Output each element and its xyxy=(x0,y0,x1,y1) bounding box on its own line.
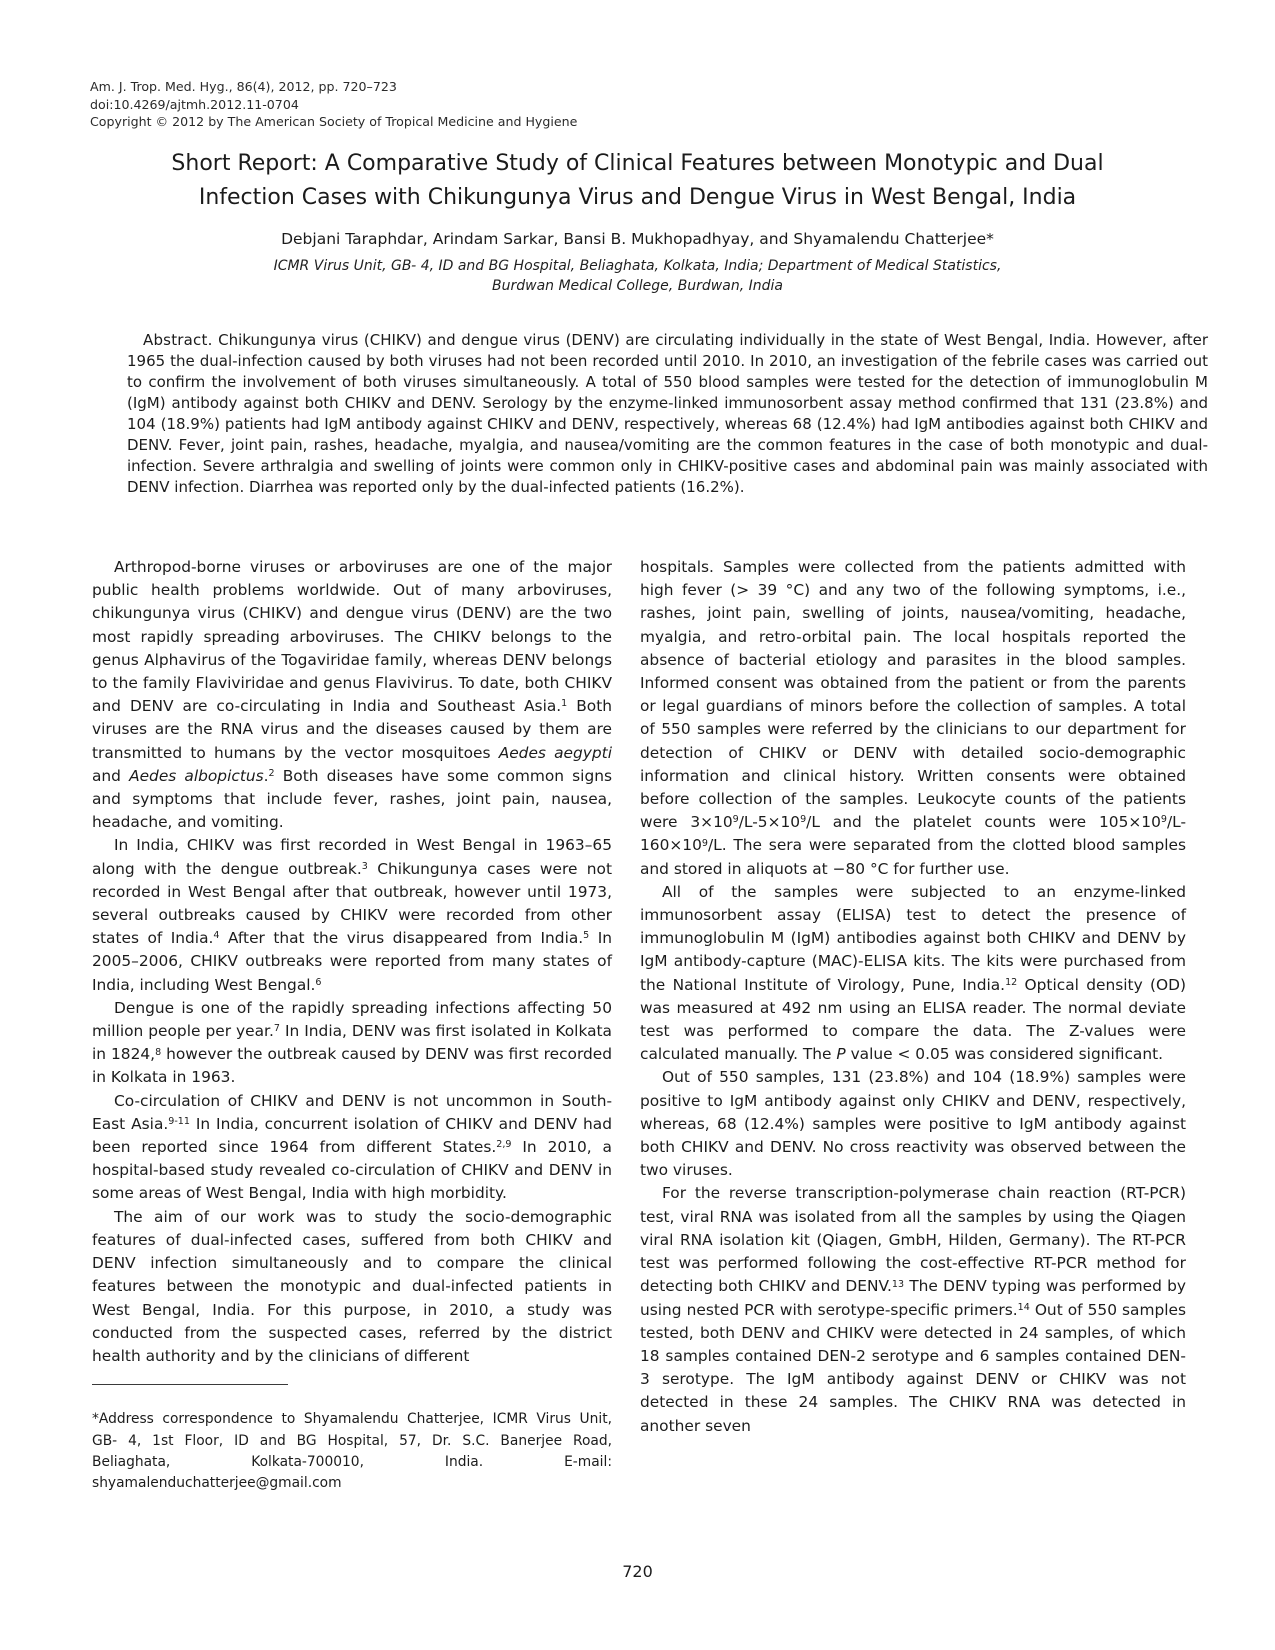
doi-line: doi:10.4269/ajtmh.2012.11-0704 xyxy=(90,96,577,114)
footnote-rule xyxy=(92,1384,288,1385)
text-run: Arthropod-borne viruses or arboviruses a… xyxy=(92,558,612,715)
reference-superscript: 5 xyxy=(583,930,589,941)
journal-page: Am. J. Trop. Med. Hyg., 86(4), 2012, pp.… xyxy=(0,0,1275,1650)
body-paragraph: Co-circulation of CHIKV and DENV is not … xyxy=(92,1090,612,1206)
body-paragraph: Dengue is one of the rapidly spreading i… xyxy=(92,997,612,1090)
reference-superscript: 9 xyxy=(1161,814,1167,825)
text-run: Out of 550 samples tested, both DENV and… xyxy=(640,1301,1186,1435)
reference-superscript: 3 xyxy=(362,861,368,872)
right-column-text: hospitals. Samples were collected from t… xyxy=(640,556,1186,1438)
body-columns: Arthropod-borne viruses or arboviruses a… xyxy=(92,556,1186,1495)
reference-superscript: 9 xyxy=(733,814,739,825)
journal-citation-line: Am. J. Trop. Med. Hyg., 86(4), 2012, pp.… xyxy=(90,78,577,96)
left-column: Arthropod-borne viruses or arboviruses a… xyxy=(92,556,612,1495)
text-run: hospitals. Samples were collected from t… xyxy=(640,558,1186,831)
abstract-text: Chikungunya virus (CHIKV) and dengue vir… xyxy=(127,331,1208,496)
italic-term: P xyxy=(836,1045,845,1063)
body-paragraph: The aim of our work was to study the soc… xyxy=(92,1206,612,1368)
text-run: /L. The sera were separated from the clo… xyxy=(640,836,1186,877)
body-paragraph: Out of 550 samples, 131 (23.8%) and 104 … xyxy=(640,1066,1186,1182)
correspondence-footnote: *Address correspondence to Shyamalendu C… xyxy=(92,1409,612,1495)
text-run: Out of 550 samples, 131 (23.8%) and 104 … xyxy=(640,1068,1186,1179)
text-run: After that the virus disappeared from In… xyxy=(219,929,583,947)
left-column-text: Arthropod-borne viruses or arboviruses a… xyxy=(92,556,612,1368)
text-run: /L and the platelet counts were 105×10 xyxy=(806,813,1161,831)
abstract-label: Abstract. xyxy=(143,331,213,349)
reference-superscript: 2,9 xyxy=(496,1139,511,1150)
reference-superscript: 2 xyxy=(269,768,275,779)
reference-superscript: 6 xyxy=(315,977,321,988)
affiliation-line-2: Burdwan Medical College, Burdwan, India xyxy=(0,277,1275,297)
page-number: 720 xyxy=(0,1562,1275,1581)
affiliation-line-1: ICMR Virus Unit, GB- 4, ID and BG Hospit… xyxy=(0,257,1275,277)
italic-term: Aedes albopictus xyxy=(129,767,264,785)
footnote-block: *Address correspondence to Shyamalendu C… xyxy=(92,1384,612,1495)
abstract: Abstract. Chikungunya virus (CHIKV) and … xyxy=(127,330,1208,498)
authors-line: Debjani Taraphdar, Arindam Sarkar, Bansi… xyxy=(0,230,1275,248)
text-run: . xyxy=(264,767,269,785)
body-paragraph: hospitals. Samples were collected from t… xyxy=(640,556,1186,881)
reference-superscript: 13 xyxy=(892,1279,904,1290)
article-title: Short Report: A Comparative Study of Cli… xyxy=(138,147,1138,215)
affiliation-block: ICMR Virus Unit, GB- 4, ID and BG Hospit… xyxy=(0,257,1275,296)
reference-superscript: 7 xyxy=(274,1023,280,1034)
reference-superscript: 8 xyxy=(155,1047,161,1058)
text-run: /L-5×10 xyxy=(739,813,800,831)
body-paragraph: For the reverse transcription-polymerase… xyxy=(640,1182,1186,1437)
reference-superscript: 4 xyxy=(213,930,219,941)
italic-term: Aedes aegypti xyxy=(499,744,612,762)
text-run: and xyxy=(92,767,129,785)
journal-header: Am. J. Trop. Med. Hyg., 86(4), 2012, pp.… xyxy=(90,78,577,131)
title-block: Short Report: A Comparative Study of Cli… xyxy=(88,147,1187,215)
reference-superscript: 9 xyxy=(702,838,708,849)
reference-superscript: 12 xyxy=(1005,977,1017,988)
reference-superscript: 9-11 xyxy=(168,1116,190,1127)
reference-superscript: 1 xyxy=(561,698,567,709)
copyright-line: Copyright © 2012 by The American Society… xyxy=(90,113,577,131)
text-run: The aim of our work was to study the soc… xyxy=(92,1208,612,1365)
reference-superscript: 14 xyxy=(1018,1302,1030,1313)
right-column: hospitals. Samples were collected from t… xyxy=(640,556,1186,1438)
body-paragraph: All of the samples were subjected to an … xyxy=(640,881,1186,1067)
body-paragraph: In India, CHIKV was first recorded in We… xyxy=(92,834,612,996)
reference-superscript: 9 xyxy=(800,814,806,825)
body-paragraph: Arthropod-borne viruses or arboviruses a… xyxy=(92,556,612,834)
text-run: value < 0.05 was considered significant. xyxy=(846,1045,1163,1063)
text-run: however the outbreak caused by DENV was … xyxy=(92,1045,612,1086)
